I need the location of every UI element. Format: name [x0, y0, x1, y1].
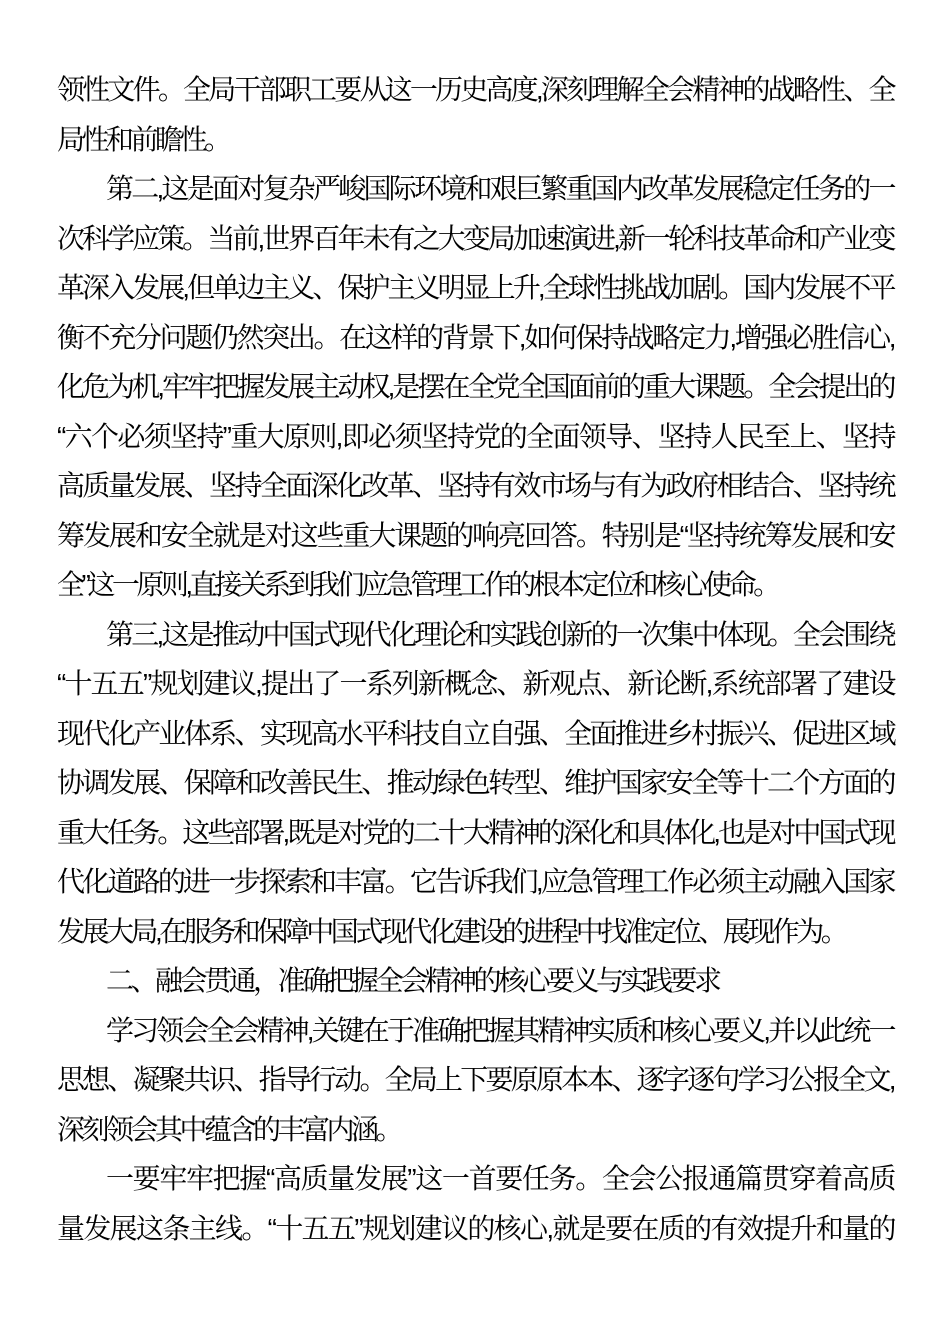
text-line: “十五五”规划建议,提出了一系列新概念、新观点、新论断,系统部署了建设 [57, 659, 893, 709]
text-line: 全”这一原则,直接关系到我们应急管理工作的根本定位和核心使命。 [57, 560, 893, 610]
text-line: 第二,这是面对复杂严峻国际环境和艰巨繁重国内改革发展稳定任务的一 [57, 164, 893, 214]
text-line: 一要牢牢把握“高质量发展”这一首要任务。全会公报通篇贯穿着高质 [57, 1154, 893, 1204]
text-line: 深刻领会其中蕴含的丰富内涵。 [57, 1105, 893, 1155]
text-line: 革深入发展,但单边主义、保护主义明显上升,全球性挑战加剧。国内发展不平 [57, 263, 893, 313]
text-line: 思想、凝聚共识、指导行动。全局上下要原原本本、逐字逐句学习公报全文, [57, 1055, 893, 1105]
document-page: 领性文件。全局干部职工要从这一历史高度,深刻理解全会精神的战略性、全局性和前瞻性… [0, 0, 950, 1344]
section-heading: 二、融会贯通，准确把握全会精神的核心要义与实践要求 [57, 956, 893, 1006]
text-line: 筹发展和安全就是对这些重大课题的响亮回答。特别是“坚持统筹发展和安 [57, 511, 893, 561]
text-line: 代化道路的进一步探索和丰富。它告诉我们,应急管理工作必须主动融入国家 [57, 857, 893, 907]
text-line: 次科学应策。当前,世界百年未有之大变局加速演进,新一轮科技革命和产业变 [57, 214, 893, 264]
text-line: 领性文件。全局干部职工要从这一历史高度,深刻理解全会精神的战略性、全 [57, 65, 893, 115]
text-line: 高质量发展、坚持全面深化改革、坚持有效市场与有为政府相结合、坚持统 [57, 461, 893, 511]
document-body: 领性文件。全局干部职工要从这一历史高度,深刻理解全会精神的战略性、全局性和前瞻性… [57, 65, 893, 1253]
text-line: 发展大局,在服务和保障中国式现代化建设的进程中找准定位、展现作为。 [57, 907, 893, 957]
text-line: 现代化产业体系、实现高水平科技自立自强、全面推进乡村振兴、促进区域 [57, 709, 893, 759]
text-line: 第三,这是推动中国式现代化理论和实践创新的一次集中体现。全会围绕 [57, 610, 893, 660]
text-line: “六个必须坚持”重大原则,即必须坚持党的全面领导、坚持人民至上、坚持 [57, 412, 893, 462]
text-line: 局性和前瞻性。 [57, 115, 893, 165]
text-line: 学习领会全会精神,关键在于准确把握其精神实质和核心要义,并以此统一 [57, 1006, 893, 1056]
text-line: 化危为机,牢牢把握发展主动权,是摆在全党全国面前的重大课题。全会提出的 [57, 362, 893, 412]
text-line: 量发展这条主线。“十五五”规划建议的核心,就是要在质的有效提升和量的 [57, 1204, 893, 1254]
text-line: 重大任务。这些部署,既是对党的二十大精神的深化和具体化,也是对中国式现 [57, 808, 893, 858]
text-line: 衡不充分问题仍然突出。在这样的背景下,如何保持战略定力,增强必胜信心, [57, 313, 893, 363]
text-line: 协调发展、保障和改善民生、推动绿色转型、维护国家安全等十二个方面的 [57, 758, 893, 808]
